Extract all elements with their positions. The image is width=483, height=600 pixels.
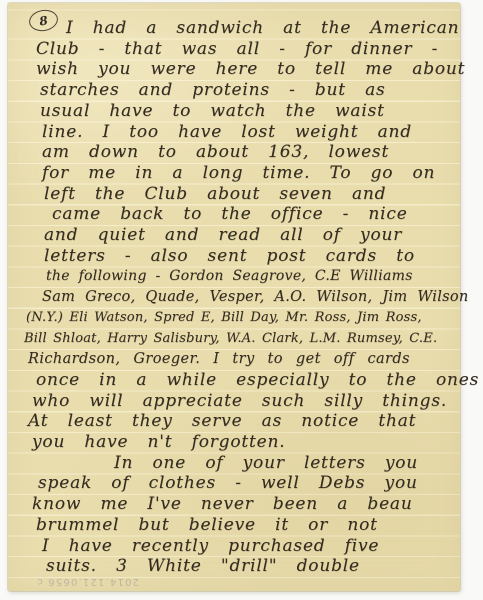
letter-line: for me in a long time. To go on [42, 163, 452, 184]
letter-line: I had a sandwich at the American [66, 18, 452, 39]
letter-line: Bill Shloat, Harry Salisbury, W.A. Clark… [24, 329, 452, 350]
letter-line: you have n't forgotten. [32, 432, 452, 453]
letter-line: Club - that was all - for dinner - [36, 39, 452, 60]
letter-line: came back to the office - nice [52, 204, 452, 225]
accession-number-stamp: 2014.121.0656 c [36, 576, 139, 587]
letter-line: I have recently purchased five [42, 536, 452, 557]
letter-line: am down to about 163, lowest [42, 142, 452, 163]
letter-line: once in a while especially to the ones [36, 370, 452, 391]
letter-line: Sam Greco, Quade, Vesper, A.O. Wilson, J… [42, 287, 452, 308]
letter-line: starches and proteins - but as [40, 80, 452, 101]
letter-line: brummel but believe it or not [36, 515, 452, 536]
letter-line: At least they serve as notice that [28, 411, 452, 432]
letter-line: Richardson, Groeger. I try to get off ca… [28, 349, 452, 370]
letter-line: In one of your letters you [114, 453, 452, 474]
letter-line: letters - also sent post cards to [44, 246, 452, 267]
letter-line: wish you were here to tell me about [36, 59, 452, 80]
letter-line: and quiet and read all of your [44, 225, 452, 246]
letter-line: usual have to watch the waist [40, 101, 452, 122]
letter-line: the following - Gordon Seagrove, C.E Wil… [46, 266, 452, 287]
scanned-letter-page: 8 I had a sandwich at the American Club … [0, 0, 483, 600]
letter-line: line. I too have lost weight and [42, 122, 452, 143]
letter-line: who will appreciate such silly things. [32, 391, 452, 412]
letter-body: I had a sandwich at the American Club - … [22, 18, 452, 577]
letter-paper: 8 I had a sandwich at the American Club … [8, 3, 460, 591]
letter-line: suits. 3 White "drill" double [46, 556, 452, 577]
letter-line: speak of clothes - well Debs you [38, 473, 452, 494]
letter-line: left the Club about seven and [44, 184, 452, 205]
letter-line: know me I've never been a beau [32, 494, 452, 515]
letter-line: (N.Y.) Eli Watson, Spred E, Bill Day, Mr… [26, 308, 452, 329]
